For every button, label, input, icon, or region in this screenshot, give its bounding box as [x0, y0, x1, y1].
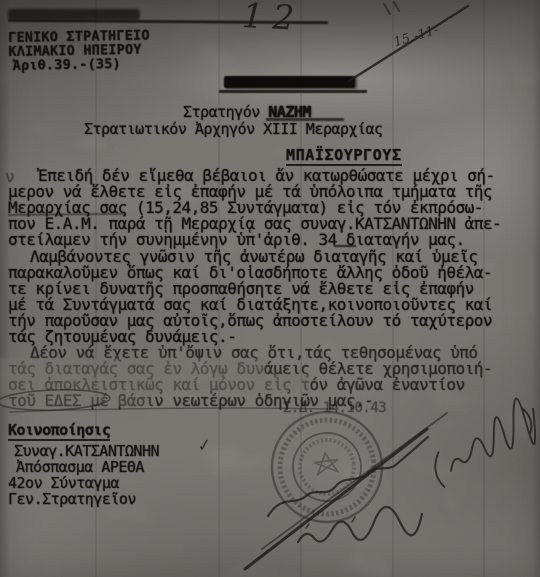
letterhead-line: Ἀριθ.39.-(35): [12, 56, 154, 72]
recipient-location: ΜΠΑΪΣΟΥΡΓΟΥΣ: [286, 147, 402, 166]
redacted-heading-underline: [219, 90, 367, 93]
name-underline: [266, 118, 344, 121]
body-line: στείλαμεν τήν συνημμένην ὑπ'ἀριθ. 34 δια…: [8, 232, 465, 248]
handwritten-signature: [268, 437, 428, 516]
handwritten-page-number: 12: [241, 0, 304, 39]
cc-item: 42ον Σύνταγμα: [8, 475, 119, 491]
cc-item: Ἀπόσπασμα ΑΡΕΘΑ: [16, 459, 144, 475]
pen-slash-bottom: [245, 429, 427, 569]
recipient-line-2: Στρατιωτικόν Ἀρχηγόν ΧΙΙΙ Μεραρχίας: [84, 121, 383, 137]
crease-line: [483, 0, 485, 577]
redacted-heading: [224, 76, 355, 88]
signature-accents: [306, 517, 355, 528]
handwritten-signature-2: [298, 507, 422, 542]
number-underline: [334, 245, 356, 247]
scanned-document-page: ΓΕΝΙΚΟ ΣΤΡΑΤΗΓΕΙΟ ΚΛΙΜΑΚΙΟ ΗΠΕΙΡΟΥ Ἀριθ.…: [0, 0, 540, 577]
pen-slash-bottom-2: [262, 413, 447, 549]
handwritten-checkmark: ✓: [196, 435, 213, 457]
cc-item: Συναγ.ΚΑΤΣΑΝΤΩΝΗΝ: [14, 443, 159, 459]
round-stamp: [265, 405, 389, 529]
letterhead: ΓΕΝΙΚΟ ΣΤΡΑΤΗΓΕΙΟ ΚΛΙΜΑΚΙΟ ΗΠΕΙΡΟΥ Ἀριθ.…: [8, 29, 150, 73]
handwritten-corner-date: 15.-11-: [392, 23, 440, 51]
handwritten-parenthetical-note: [424, 395, 540, 488]
cc-title: Κοινοποίησις: [8, 422, 110, 441]
cc-item: Γεν.Στρατηγεῖον: [8, 491, 136, 507]
command-post-date-line: Σ.Δ. 14.10.43: [283, 400, 386, 416]
recipient-rank: Στρατηγόν: [183, 103, 268, 121]
